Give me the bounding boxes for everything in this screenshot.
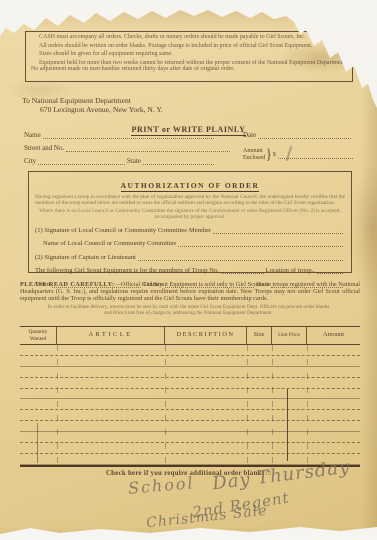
table-empty-row bbox=[20, 421, 360, 432]
order-table: Quantity Wanted ARTICLE DESCRIPTION Size… bbox=[20, 326, 360, 465]
city-state-field: City State bbox=[24, 156, 216, 165]
dollar-sign: $ bbox=[273, 152, 276, 158]
city-fill-line bbox=[38, 156, 125, 165]
council-name-line bbox=[178, 238, 343, 247]
column-divider bbox=[57, 345, 58, 465]
amount-enclosed-field: Amount Enclosed } $ bbox=[243, 147, 355, 162]
name-fill-line bbox=[43, 130, 214, 139]
captain-signature-line bbox=[138, 252, 343, 261]
table-body bbox=[20, 345, 360, 465]
amount-label: Amount Enclosed bbox=[243, 148, 265, 161]
column-divider bbox=[272, 345, 273, 465]
city-label: City bbox=[24, 157, 36, 165]
ink-line-mark bbox=[287, 389, 288, 461]
authorization-title: AUTHORIZATION OF ORDER bbox=[35, 175, 345, 193]
table-empty-row bbox=[20, 399, 360, 410]
order-rules-box: CASH must accompany all orders. Checks, … bbox=[25, 31, 353, 82]
street-fill-line bbox=[66, 143, 230, 152]
ink-line-mark bbox=[37, 423, 38, 463]
troop-number-line bbox=[221, 265, 264, 274]
col-article: ARTICLE bbox=[57, 327, 165, 344]
council-signature-line bbox=[213, 225, 343, 234]
authorization-paragraph-2: Where there is no Local Council or Commu… bbox=[35, 209, 345, 221]
date-fill-line bbox=[258, 130, 351, 139]
council-name-row: Name of Local Council or Community Commi… bbox=[35, 238, 345, 247]
table-empty-row bbox=[20, 410, 360, 421]
column-divider bbox=[307, 345, 308, 465]
col-quantity: Quantity Wanted bbox=[20, 327, 57, 344]
col-description: DESCRIPTION bbox=[165, 327, 247, 344]
state-label: State bbox=[127, 157, 141, 165]
order-blank-fine-print: In order to facilitate delivery, returns… bbox=[30, 304, 347, 316]
date-field: Date bbox=[243, 130, 353, 139]
table-empty-row bbox=[20, 367, 360, 378]
rule-cash: CASH must accompany all orders. Checks, … bbox=[31, 34, 347, 41]
table-empty-row bbox=[20, 345, 360, 356]
read-carefully-paragraph: PLEASE READ CAREFULLY:—Official Girl Sco… bbox=[20, 281, 360, 302]
paper-sheet: CASH must accompany all orders. Checks, … bbox=[0, 0, 377, 540]
scanned-order-form: CASH must accompany all orders. Checks, … bbox=[0, 0, 377, 540]
rule-sizes: Sizes should be given for all equipment … bbox=[31, 51, 347, 58]
name-field: Name bbox=[24, 130, 216, 139]
column-divider bbox=[165, 345, 166, 465]
col-size: Size bbox=[247, 327, 272, 344]
troop-number-row: The following Girl Scout Equipment is fo… bbox=[35, 265, 345, 274]
troop-location-line bbox=[317, 265, 343, 274]
authorization-paragraph-1: Having organized a troop in accordance w… bbox=[35, 195, 345, 207]
rule-returns: Equipment held for more than two weeks c… bbox=[31, 60, 347, 73]
table-empty-row bbox=[20, 443, 360, 454]
column-divider bbox=[247, 345, 248, 465]
council-signature-row: (1) Signature of Local Council or Commun… bbox=[35, 225, 345, 234]
read-carefully-lead: PLEASE READ CAREFULLY: bbox=[20, 281, 114, 288]
authorization-box: AUTHORIZATION OF ORDER Having organized … bbox=[28, 171, 352, 273]
date-label: Date bbox=[243, 131, 256, 139]
street-field: Street and No. bbox=[24, 143, 232, 152]
state-fill-line bbox=[143, 156, 214, 165]
captain-signature-row: (2) Signature of Captain or Lieutenant bbox=[35, 252, 345, 261]
recipient-address: To National Equipment Department 670 Lex… bbox=[22, 97, 163, 114]
table-empty-row bbox=[20, 389, 360, 400]
table-empty-row bbox=[20, 378, 360, 389]
recipient-line2: 670 Lexington Avenue, New York, N. Y. bbox=[40, 106, 163, 115]
street-label: Street and No. bbox=[24, 144, 64, 152]
name-label: Name bbox=[24, 131, 41, 139]
table-header-row: Quantity Wanted ARTICLE DESCRIPTION Size… bbox=[20, 326, 360, 345]
col-unit-price: Unit Price bbox=[272, 327, 307, 344]
brace-glyph: } bbox=[266, 146, 272, 164]
table-empty-row bbox=[20, 356, 360, 367]
table-empty-row bbox=[20, 432, 360, 443]
col-amount: Amount bbox=[307, 327, 360, 344]
rule-order-blanks: All orders should be written on order bl… bbox=[31, 43, 347, 50]
